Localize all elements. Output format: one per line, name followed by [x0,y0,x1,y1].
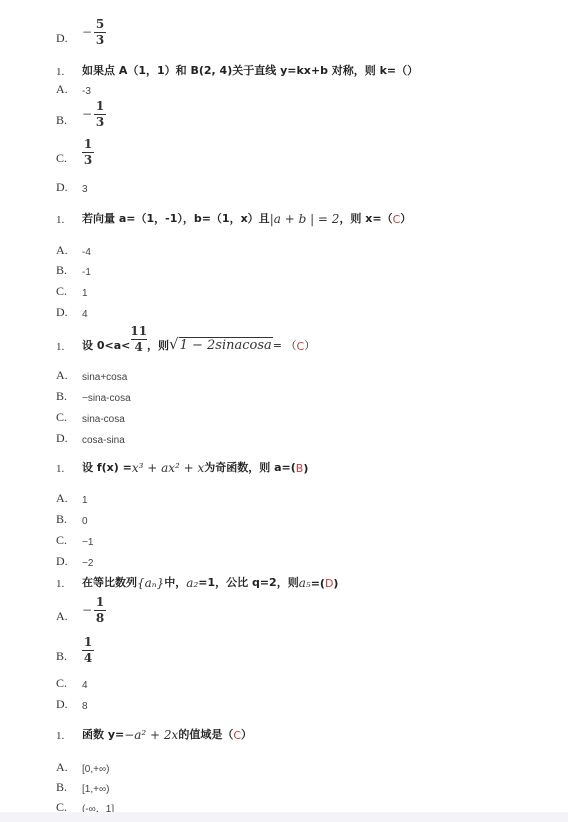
option-b[interactable]: B. − 1 3 [56,100,106,128]
answer-mark: B [296,462,304,475]
question-text: 如果点 A（1，1）和 B(2, 4)关于直线 y=kx+b 对称，则 k=（） [82,62,418,78]
question-stem: 1. 如果点 A（1，1）和 B(2, 4)关于直线 y=kx+b 对称，则 k… [56,62,418,78]
question-stem: 1. 在等比数列 {aₙ} 中， a₂ =1，公比 q=2，则 a₅ =( D … [56,574,338,590]
square-root: √ 1 − 2sinacosa [169,335,273,353]
option-b[interactable]: B. [1,+∞) [56,780,109,795]
answer-mark: C [393,213,401,226]
option-b[interactable]: B. −sina-cosa [56,389,131,404]
math-expression: x³ + ax² + x [132,461,204,475]
option-a[interactable]: A. sina+cosa [56,368,127,383]
fraction: 1 3 [82,138,94,166]
document-page: D. − 5 3 1. 如果点 A（1，1）和 B(2, 4)关于直线 y=kx… [0,0,568,812]
option-a[interactable]: A. [0,+∞) [56,760,109,775]
option-a[interactable]: A. -4 [56,243,91,258]
question-stem: 1. 若向量 a=（1，-1），b=（1，x）且 |a + b | = 2 ，则… [56,210,411,226]
option-d[interactable]: D. 4 [56,305,88,320]
option-c[interactable]: C. −1 [56,533,93,548]
option-d[interactable]: D. 8 [56,697,88,712]
fraction: 5 3 [94,18,106,46]
question-stem: 1. 设 0<a< 11 4 ，则 √ 1 − 2sinacosa = （ C … [56,325,315,353]
option-a[interactable]: A. − 1 8 [56,596,106,624]
minus-sign: − [82,25,92,39]
option-d[interactable]: D. −2 [56,554,93,569]
option-b[interactable]: B. 1 4 [56,636,94,664]
answer-mark: C [233,729,241,742]
radical-icon: √ [169,335,179,353]
option-label: D. [56,31,82,46]
question-stem: 1. 函数 y= −a² + 2x 的值域是（ C ） [56,726,252,742]
option-c[interactable]: C. sina-cosa [56,410,125,425]
option-a[interactable]: A. 1 [56,491,88,506]
answer-mark: D [325,577,333,590]
math-expression: |a + b | = 2 [270,212,340,226]
option-c[interactable]: C. 1 [56,284,88,299]
option-d-prev: D. − 5 3 [56,18,106,46]
option-d[interactable]: D. 3 [56,180,88,195]
fraction: 1 8 [94,596,106,624]
fraction: 11 4 [130,325,147,353]
option-b[interactable]: B. -1 [56,263,91,278]
option-d[interactable]: D. cosa-sina [56,431,125,446]
fraction: 1 4 [82,636,94,664]
option-a[interactable]: A. -3 [56,82,91,97]
page-bottom-band [0,812,568,822]
math-expression: −a² + 2x [124,728,178,742]
option-c[interactable]: C. 4 [56,676,88,691]
question-stem: 1. 设 f(x) = x³ + ax² + x 为奇函数，则 a=( B ) [56,459,308,475]
option-c[interactable]: C. 1 3 [56,138,94,166]
option-b[interactable]: B. 0 [56,512,88,527]
fraction: 1 3 [94,100,106,128]
answer-mark: C [297,340,305,353]
